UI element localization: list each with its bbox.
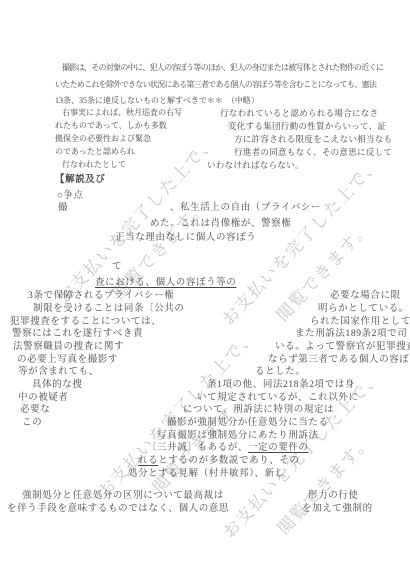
text-fragment: ○争点 [57,191,84,202]
text-run: 行進者の同意もなく、その意思に反して [234,147,392,157]
text-fragment: 中の被疑者 [18,393,69,404]
text-run: 、私生活上の自由（プライバシー [170,203,321,213]
text-run: 撮影は、その対象の中に、犯人の容ぼう等のほか、犯人の身辺または被写体とされた物件… [62,63,383,72]
text-fragment: 〔三井誠〕もあるが、一定の要件の [147,443,309,454]
text-fragment: ならず第三者である個人の容ぼう [268,355,410,366]
text-run: いる。よって警察官が犯罪捜査 [275,342,410,352]
text-run: 条1項の他、同法218条2項では身 [207,380,355,390]
text-run: 明らかとしている。 [318,304,409,314]
text-fragment: 撮 [58,203,68,214]
text-fragment: 明らかとしている。 [318,304,409,315]
text-run: て [112,262,122,272]
text-run: を加えて強制的 [302,504,373,514]
text-run: 必要な場合に限 [330,291,401,301]
text-fragment: 等が含まれても、 [18,367,99,378]
text-run: 等が含まれても、 [18,367,99,377]
text-fragment: いたためこれを除外できない状況にある第三者である個人の容ぼう等を含むことになって… [55,80,376,90]
text-run: 処分とする見解（村井敏邦）、新し [128,469,285,479]
text-fragment: の必要上写真を撮影す [17,355,118,366]
text-run: めた。これは肖像権が、警察権 [150,219,291,229]
text-run: この [22,418,42,428]
text-run: のであったと認められ [55,147,135,156]
text-fragment: るとした。 [255,367,306,378]
text-fragment: 法警察職員の捜査に関す [13,342,124,353]
text-fragment: 必要な場合に限 [330,291,401,302]
text-run: 正当な理由なしに個人の容ぼう [115,233,256,243]
text-fragment: られた国家作用として、 [310,317,410,328]
text-run: 形力の行使 [308,491,359,501]
text-fragment: 撮影は、その対象の中に、犯人の容ぼう等のほか、犯人の身辺または被写体とされた物件… [62,63,383,73]
text-run: 法警察職員の捜査に関す [13,342,124,352]
text-fragment: いわなければならない。 [207,160,304,170]
text-fragment: 具体的な捜 [32,380,83,391]
text-run: いて規定されているが、これ以外に [197,393,359,403]
text-run: 13条、35条に違反しないものと解すべきで＊＊ （中略） [55,96,259,105]
text-fragment: 写真撮影は強制処分にあたり刑訴法 [157,431,319,442]
text-fragment: を伴う手段を意味するものではなく、個人の意思 [7,504,229,515]
text-run: られた国家作用として、 [310,317,410,327]
text-fragment: 強制処分と任意処分の区別について最高裁は [22,491,224,502]
text-run: 具体的な捜 [32,380,83,390]
text-run: また刑訴法189条2項で司 [295,329,407,339]
document-page: お支払いを完了した上で、 閲覧できます。 お支払いを完了した上で、 閲覧できます… [0,0,410,580]
text-fragment: 査における、個人の容ぼう等の [95,278,236,289]
text-fragment: 制限を受けることは同条〔公共の [33,304,185,315]
text-fragment: 撮影が強制処分か任意処分に当たる [167,418,329,429]
text-fragment: 形力の行使 [308,491,359,502]
text-run: れたものであって、しかも多数 [55,121,167,130]
text-fragment: 右事実によれば、秋月巡査の右写 [62,108,182,118]
text-run: 3条で保障されるプライバシー権 [28,291,174,301]
text-fragment: めた。これは肖像権が、警察権 [150,219,291,230]
text-run: について、刑訴法に特別の規定は [183,405,334,415]
text-fragment: 【解説及び [55,175,106,186]
text-run: るとした。 [255,367,306,377]
text-fragment: 行なわれたとして [62,160,126,170]
text-fragment: れたものであって、しかも多数 [55,121,167,131]
text-fragment: 正当な理由なしに個人の容ぼう [115,233,256,244]
text-run: 制限を受けることは同条〔公共の [33,304,185,314]
text-run: 写真撮影は強制処分にあたり刑訴法 [157,431,319,441]
text-fragment: 3条で保障されるプライバシー権 [28,291,174,302]
text-fragment: 条1項の他、同法218条2項では身 [207,380,355,391]
text-fragment: いて規定されているが、これ以外に [197,393,359,404]
text-run: 中の被疑者 [18,393,69,403]
text-fragment: れるとするのが多数説であり、その [138,456,300,467]
text-fragment: いる。よって警察官が犯罪捜査 [275,342,410,353]
text-fragment: 犯罪捜査をすることについては、 [10,317,161,328]
text-fragment: 方に許容される限度をこえない相当なも [234,134,392,144]
underlined-text-run: 一定の要件の [248,443,309,453]
text-run: の必要上写真を撮影す [17,355,118,365]
text-run: ○争点 [57,191,84,201]
text-run: 右事実によれば、秋月巡査の右写 [62,108,182,117]
text-fragment: 変化する集団行動の性質からいって、証 [228,121,386,131]
text-run: いたためこれを除外できない状況にある第三者である個人の容ぼう等を含むことになって… [55,80,376,89]
text-fragment: を加えて強制的 [302,504,373,515]
text-run: 強制処分と任意処分の区別について最高裁は [22,491,224,501]
text-fragment: 、私生活上の自由（プライバシー [170,203,321,214]
underlined-text-run: れる [138,456,158,466]
text-run: 〔三井誠〕もあるが、 [147,443,248,453]
text-run: 方に許容される限度をこえない相当なも [234,134,392,144]
text-fragment: 拠保全の必要性および緊急 [55,134,151,144]
text-fragment: 行進者の同意もなく、その意思に反して [234,147,392,157]
text-run: 犯罪捜査をすることについては、 [10,317,161,327]
text-fragment: て [112,262,122,273]
text-run: 撮 [58,203,68,213]
text-fragment: この [22,418,42,429]
text-fragment: 警察にはこれを遂行すべき責 [12,329,143,340]
text-fragment: 必要な [20,405,50,416]
text-run: 拠保全の必要性および緊急 [55,134,151,143]
text-run: を伴う手段を意味するものではなく、個人の意思 [7,504,229,514]
text-run: 行なわれていると認められる場合になさ [220,108,378,118]
text-fragment: 行なわれていると認められる場合になさ [220,108,378,118]
text-run: ならず第三者である個人の容ぼう [268,355,410,365]
text-run: 必要な [20,405,50,415]
text-run: 警察にはこれを遂行すべき責 [12,329,143,339]
text-run: 撮影が強制処分か任意処分に当たる [167,418,329,428]
text-run: とするのが多数説であり、その [158,456,299,466]
text-fragment: 13条、35条に違反しないものと解すべきで＊＊ （中略） [55,96,259,106]
text-fragment: また刑訴法189条2項で司 [295,329,407,340]
text-fragment: のであったと認められ [55,147,135,157]
text-fragment: 処分とする見解（村井敏邦）、新し [128,469,285,480]
text-run: 行なわれたとして [62,160,126,169]
text-fragment: について、刑訴法に特別の規定は [183,405,334,416]
text-run: 【解説及び [55,175,106,185]
underlined-text-run: 査における、個人の容ぼう等の [95,278,236,288]
text-run: 変化する集団行動の性質からいって、証 [228,121,386,131]
text-run: いわなければならない。 [207,160,304,170]
